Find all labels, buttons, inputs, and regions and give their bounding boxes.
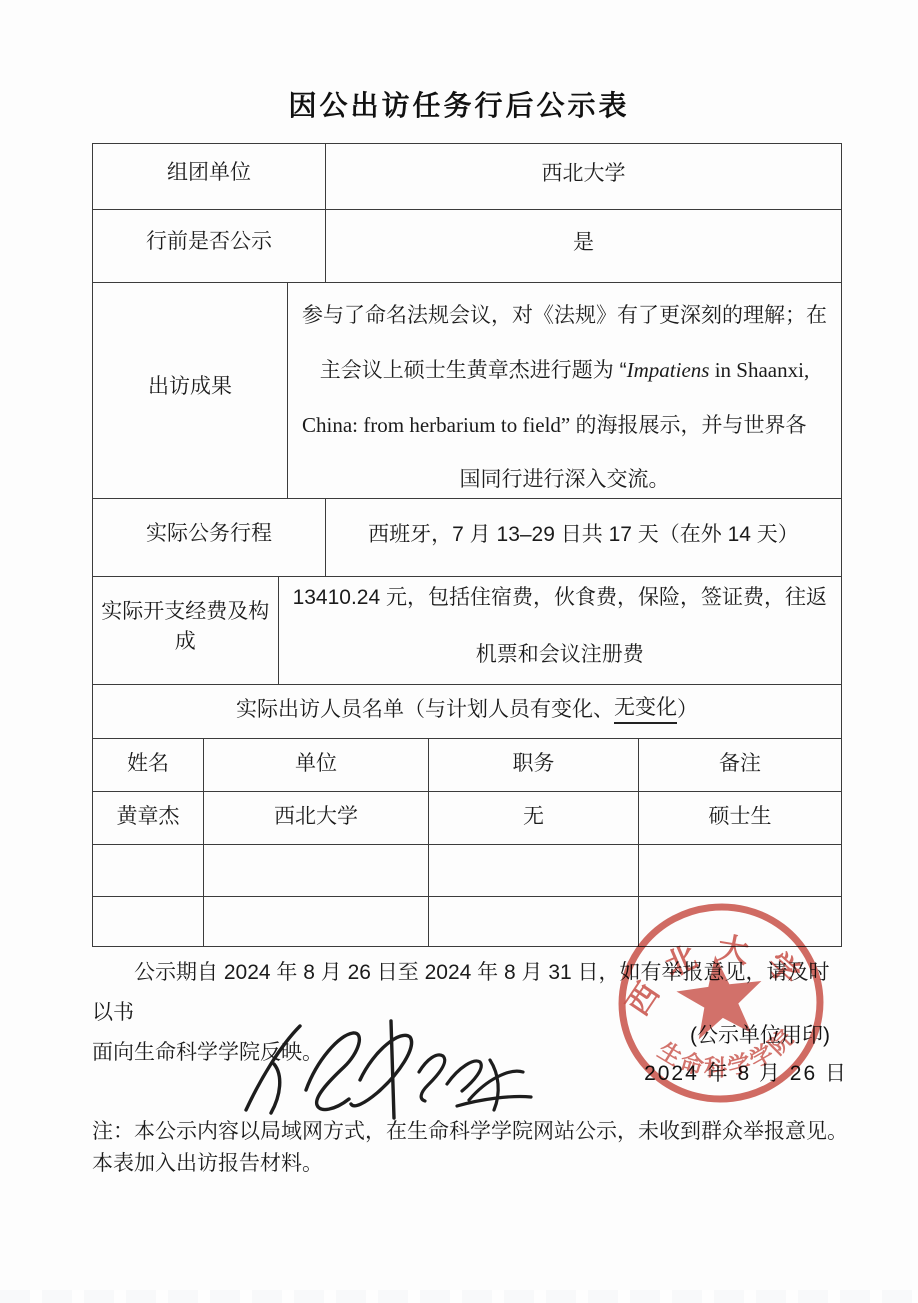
results-line-3: China: from herbarium to field” 的海报展示，并与… bbox=[302, 398, 827, 453]
roster-cell-name bbox=[93, 897, 204, 946]
row-pre-trip-publicity: 行前是否公示 是 bbox=[93, 209, 841, 282]
footnote-line-2: 本表加入出访报告材料。 bbox=[92, 1148, 862, 1180]
row-expenses: 实际开支经费及构成 13410.24 元，包括住宿费，伙食费，保险，签证费，往返… bbox=[93, 576, 841, 684]
publicity-period-paragraph: 公示期自 2024 年 8 月 26 日至 2024 年 8 月 31 日，如有… bbox=[92, 953, 844, 1073]
roster-column-headers: 姓名 单位 职务 备注 bbox=[93, 738, 841, 791]
col-header-remarks: 备注 bbox=[639, 739, 841, 791]
visit-results-value: 参与了命名法规会议，对《法规》有了更深刻的理解；在 主会议上硕士生黄章杰进行题为… bbox=[288, 283, 841, 498]
roster-cell-position bbox=[429, 897, 639, 946]
expenses-value: 13410.24 元，包括住宿费，伙食费，保险，签证费，往返 机票和会议注册费 bbox=[279, 577, 841, 684]
document-page: 因公出访任务行后公示表 组团单位 西北大学 行前是否公示 是 出访成果 参与了命… bbox=[0, 0, 918, 1303]
roster-row-2-empty bbox=[93, 844, 841, 896]
visit-results-label: 出访成果 bbox=[93, 283, 288, 498]
roster-cell-unit bbox=[204, 897, 429, 946]
results-line-2: 主会议上硕士生黄章杰进行题为 “Impatiens in Shaanxi, bbox=[302, 343, 827, 398]
notice-line-2: 面向生命科学学院反映。 bbox=[92, 1041, 323, 1064]
page-title: 因公出访任务行后公示表 bbox=[0, 84, 918, 124]
group-unit-label: 组团单位 bbox=[93, 144, 326, 209]
row-group-unit: 组团单位 西北大学 bbox=[93, 144, 841, 209]
col-header-name: 姓名 bbox=[93, 739, 204, 791]
col-header-position: 职务 bbox=[429, 739, 639, 791]
itinerary-label: 实际公务行程 bbox=[93, 499, 326, 576]
pre-trip-value: 是 bbox=[326, 210, 841, 282]
roster-cell-unit bbox=[204, 845, 429, 896]
results-line-1: 参与了命名法规会议，对《法规》有了更深刻的理解；在 bbox=[302, 289, 827, 343]
footnote-line-1: 注：本公示内容以局域网方式，在生命科学学院网站公示，未收到群众举报意见。 bbox=[92, 1116, 862, 1148]
itinerary-value: 西班牙，7 月 13–29 日共 17 天（在外 14 天） bbox=[326, 499, 841, 576]
roster-row-3-empty bbox=[93, 896, 841, 946]
row-itinerary: 实际公务行程 西班牙，7 月 13–29 日共 17 天（在外 14 天） bbox=[93, 498, 841, 576]
expenses-label: 实际开支经费及构成 bbox=[93, 577, 279, 684]
species-name-italic: Impatiens bbox=[627, 358, 710, 382]
seal-date: 2024 年 8 月 26 日 bbox=[644, 1057, 848, 1087]
roster-cell-remarks bbox=[639, 845, 841, 896]
expenses-line-1: 13410.24 元，包括住宿费，伙食费，保险，签证费，往返 bbox=[293, 569, 827, 626]
roster-section-header: 实际出访人员名单（与计划人员有变化、无变化） bbox=[93, 684, 841, 738]
footnote-paragraph: 注：本公示内容以局域网方式，在生命科学学院网站公示，未收到群众举报意见。 本表加… bbox=[92, 1116, 862, 1180]
roster-cell-remarks bbox=[639, 897, 841, 946]
group-unit-value: 西北大学 bbox=[326, 144, 841, 209]
form-table: 组团单位 西北大学 行前是否公示 是 出访成果 参与了命名法规会议，对《法规》有… bbox=[92, 143, 842, 947]
expenses-line-2: 机票和会议注册费 bbox=[476, 626, 644, 683]
roster-row-1: 黄章杰 西北大学 无 硕士生 bbox=[93, 791, 841, 844]
roster-cell-remarks: 硕士生 bbox=[639, 792, 841, 844]
roster-cell-position: 无 bbox=[429, 792, 639, 844]
no-change-underlined: 无变化 bbox=[614, 691, 677, 724]
col-header-unit: 单位 bbox=[204, 739, 429, 791]
roster-cell-name bbox=[93, 845, 204, 896]
scan-edge-artifact bbox=[0, 1290, 918, 1303]
seal-caption: (公示单位用印) bbox=[690, 1019, 830, 1049]
roster-cell-position bbox=[429, 845, 639, 896]
roster-cell-unit: 西北大学 bbox=[204, 792, 429, 844]
roster-cell-name: 黄章杰 bbox=[93, 792, 204, 844]
pre-trip-label: 行前是否公示 bbox=[93, 210, 326, 282]
row-visit-results: 出访成果 参与了命名法规会议，对《法规》有了更深刻的理解；在 主会议上硕士生黄章… bbox=[93, 282, 841, 498]
